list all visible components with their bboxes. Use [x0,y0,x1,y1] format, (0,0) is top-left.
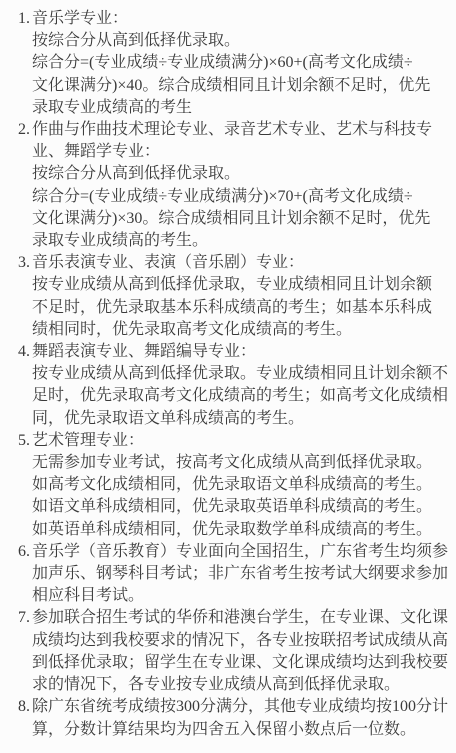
rule-text: 参加联合招生考试的华侨和港澳台学生，在专业课、文化课 成绩均达到我校要求的情况下… [32,607,452,696]
rule-item-1: 1. 音乐学专业： 按综合分从高到低择优录取。 综合分=(专业成绩÷专业成绩满分… [18,8,452,119]
rule-text: 音乐表演专业、表演（音乐剧）专业： 按专业成绩从高到低择优录取，专业成绩相同且计… [32,252,452,341]
rule-text: 艺术管理专业： 无需参加专业考试，按高考文化成绩从高到低择优录取。 如高考文化成… [32,430,452,541]
rule-number: 6. [18,541,30,563]
rule-item-7: 7. 参加联合招生考试的华侨和港澳台学生，在专业课、文化课 成绩均达到我校要求的… [18,607,452,696]
admission-rules-list: 1. 音乐学专业： 按综合分从高到低择优录取。 综合分=(专业成绩÷专业成绩满分… [18,8,452,741]
rule-number: 2. [18,119,30,141]
rule-number: 7. [18,607,30,629]
rule-item-2: 2. 作曲与作曲技术理论专业、录音艺术专业、艺术与科技专 业、舞蹈学专业： 按综… [18,119,452,252]
rule-number: 4. [18,341,30,363]
rule-item-5: 5. 艺术管理专业： 无需参加专业考试，按高考文化成绩从高到低择优录取。 如高考… [18,430,452,541]
rule-number: 3. [18,252,30,274]
rule-text: 舞蹈表演专业、舞蹈编导专业： 按专业成绩从高到低择优录取。专业成绩相同且计划余额… [32,341,452,430]
admission-rules-document: 1. 音乐学专业： 按综合分从高到低择优录取。 综合分=(专业成绩÷专业成绩满分… [0,0,456,753]
rule-item-6: 6. 音乐学（音乐教育）专业面向全国招生，广东省考生均须参 加声乐、钢琴科目考试… [18,541,452,608]
rule-number: 5. [18,430,30,452]
rule-text: 作曲与作曲技术理论专业、录音艺术专业、艺术与科技专 业、舞蹈学专业： 按综合分从… [32,119,452,252]
rule-item-4: 4. 舞蹈表演专业、舞蹈编导专业： 按专业成绩从高到低择优录取。专业成绩相同且计… [18,341,452,430]
rule-item-3: 3. 音乐表演专业、表演（音乐剧）专业： 按专业成绩从高到低择优录取，专业成绩相… [18,252,452,341]
rule-text: 音乐学专业： 按综合分从高到低择优录取。 综合分=(专业成绩÷专业成绩满分)×6… [32,8,452,119]
rule-item-8: 8. 除广东省统考成绩按300分满分，其他专业成绩均按100分计 算，分数计算结… [18,696,452,740]
rule-text: 除广东省统考成绩按300分满分，其他专业成绩均按100分计 算，分数计算结果均为… [32,696,452,740]
rule-text: 音乐学（音乐教育）专业面向全国招生，广东省考生均须参 加声乐、钢琴科目考试；非广… [32,541,452,608]
rule-number: 8. [18,696,30,718]
rule-number: 1. [18,8,30,30]
